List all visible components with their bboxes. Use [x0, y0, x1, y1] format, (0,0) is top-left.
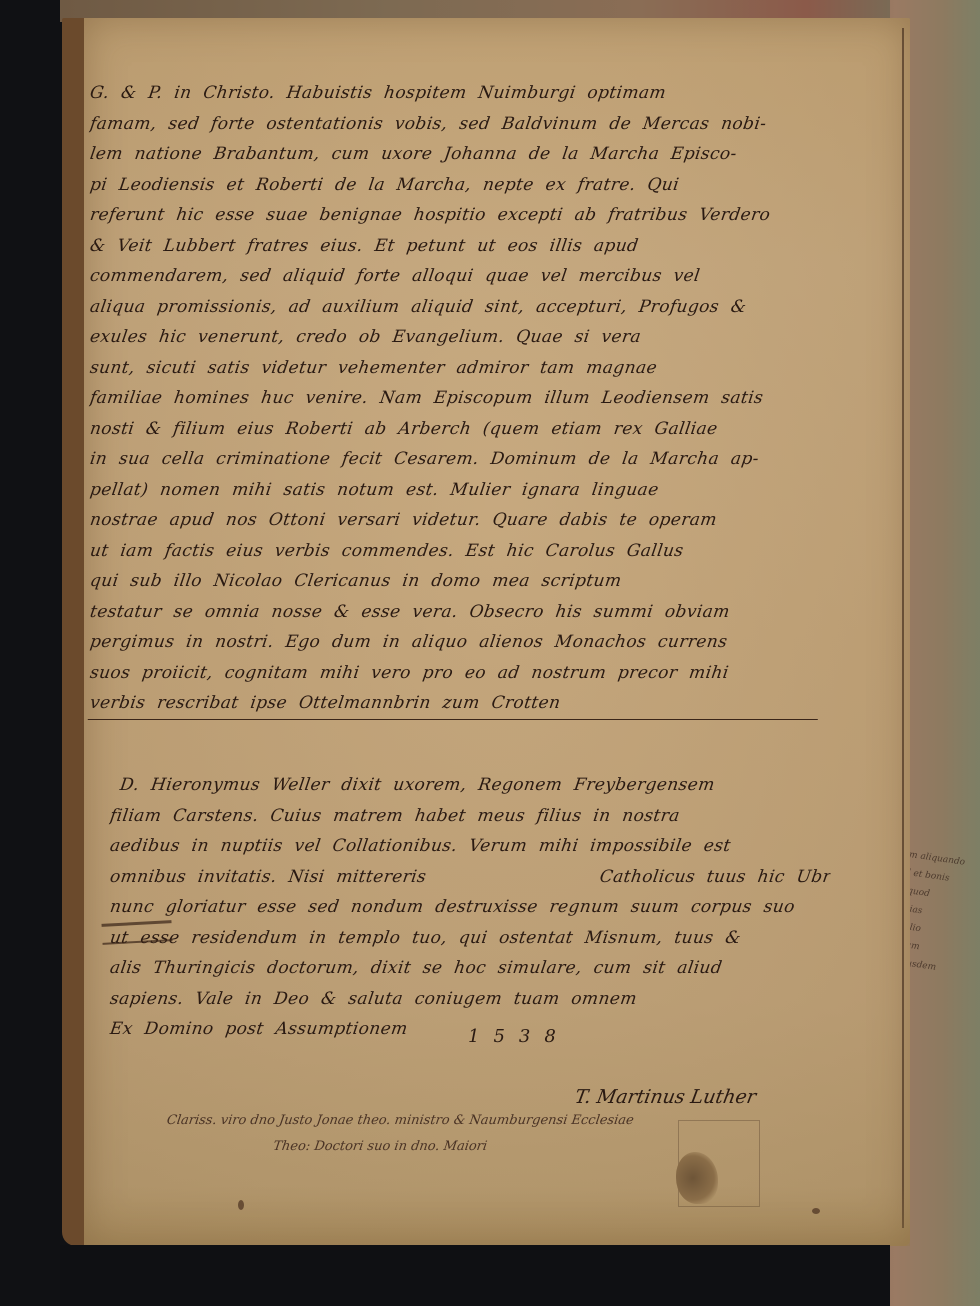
struck-out-marginal-mark — [101, 920, 172, 945]
postscript-line: alis Thuringicis doctorum, dixit se hoc … — [108, 953, 832, 984]
letter-line: pergimus in nostri. Ego dum in aliquo al… — [88, 627, 822, 658]
letter-line: G. & P. in Christo. Habuistis hospitem N… — [88, 78, 822, 109]
letter-line: testatur se omnia nosse & esse vera. Obs… — [88, 597, 822, 628]
letter-line: referunt hic esse suae benignae hospitio… — [88, 200, 822, 231]
address-line: Theo: Doctori suo in dno. Maiori — [161, 1134, 631, 1160]
letter-line: sunt, sicuti satis videtur vehementer ad… — [88, 353, 822, 384]
postscript: D. Hieronymus Weller dixit uxorem, Regon… — [110, 770, 830, 1045]
letter-line: ut iam factis eius verbis commendes. Est… — [88, 536, 822, 567]
letter-line: familiae homines huc venire. Nam Episcop… — [88, 383, 822, 414]
postscript-line: aedibus in nuptiis vel Collationibus. Ve… — [108, 831, 832, 862]
ink-blot — [812, 1208, 820, 1214]
postscript-text: Catholicus tuus hic Ubra — [598, 867, 832, 887]
letter-line: suos proiicit, cognitam mihi vero pro eo… — [88, 658, 822, 689]
letter-body: G. & P. in Christo. Habuistis hospitem N… — [90, 78, 820, 720]
letter-line-underlined: verbis rescribat ipse Ottelmannbrin zum … — [88, 688, 822, 720]
postscript-line: sapiens. Vale in Deo & saluta coniugem t… — [108, 984, 832, 1015]
letter-line: pellat) nomen mihi satis notum est. Muli… — [88, 475, 822, 506]
letter-line: commendarem, sed aliquid forte alloqui q… — [88, 261, 822, 292]
letter-line: famam, sed forte ostentationis vobis, se… — [88, 109, 822, 140]
letter-line: pi Leodiensis et Roberti de la Marcha, n… — [88, 170, 822, 201]
letter-line: exules hic venerunt, credo ob Evangelium… — [88, 322, 822, 353]
letter-line: aliqua promissionis, ad auxilium aliquid… — [88, 292, 822, 323]
postscript-line: D. Hieronymus Weller dixit uxorem, Regon… — [108, 770, 832, 801]
postscript-text: omnibus invitatis. Nisi mittereris — [109, 867, 428, 887]
page-edge — [902, 28, 904, 1228]
letter-line: qui sub illo Nicolao Clericanus in domo … — [88, 566, 822, 597]
postscript-line: omnibus invitatis. Nisi mittereris Catho… — [108, 862, 832, 893]
postscript-line: nunc gloriatur esse sed nondum destruxis… — [108, 892, 832, 923]
background-shadow — [60, 1245, 890, 1306]
letter-line: nostrae apud nos Ottoni versari videtur.… — [88, 505, 822, 536]
letter-date: 1538 — [468, 1026, 570, 1047]
signature: T. Martinus Luther — [573, 1086, 758, 1108]
letter-line: in sua cella criminatione fecit Cesarem.… — [88, 444, 822, 475]
postscript-line: filiam Carstens. Cuius matrem habet meus… — [108, 801, 832, 832]
letter-line: nosti & filium eius Roberti ab Arberch (… — [88, 414, 822, 445]
letter-line: lem natione Brabantum, cum uxore Johanna… — [88, 139, 822, 170]
postscript-line: ut esse residendum in templo tuo, qui os… — [108, 923, 832, 954]
address-block: Clariss. viro dno Justo Jonae theo. mini… — [161, 1108, 635, 1160]
manuscript-photo: Nam aliquando Sed et bonis est quod Et a… — [0, 0, 980, 1306]
letter-line: & Veit Lubbert fratres eius. Et petunt u… — [88, 231, 822, 262]
address-line: Clariss. viro dno Justo Jonae theo. mini… — [165, 1108, 635, 1134]
ink-blot — [238, 1200, 244, 1210]
